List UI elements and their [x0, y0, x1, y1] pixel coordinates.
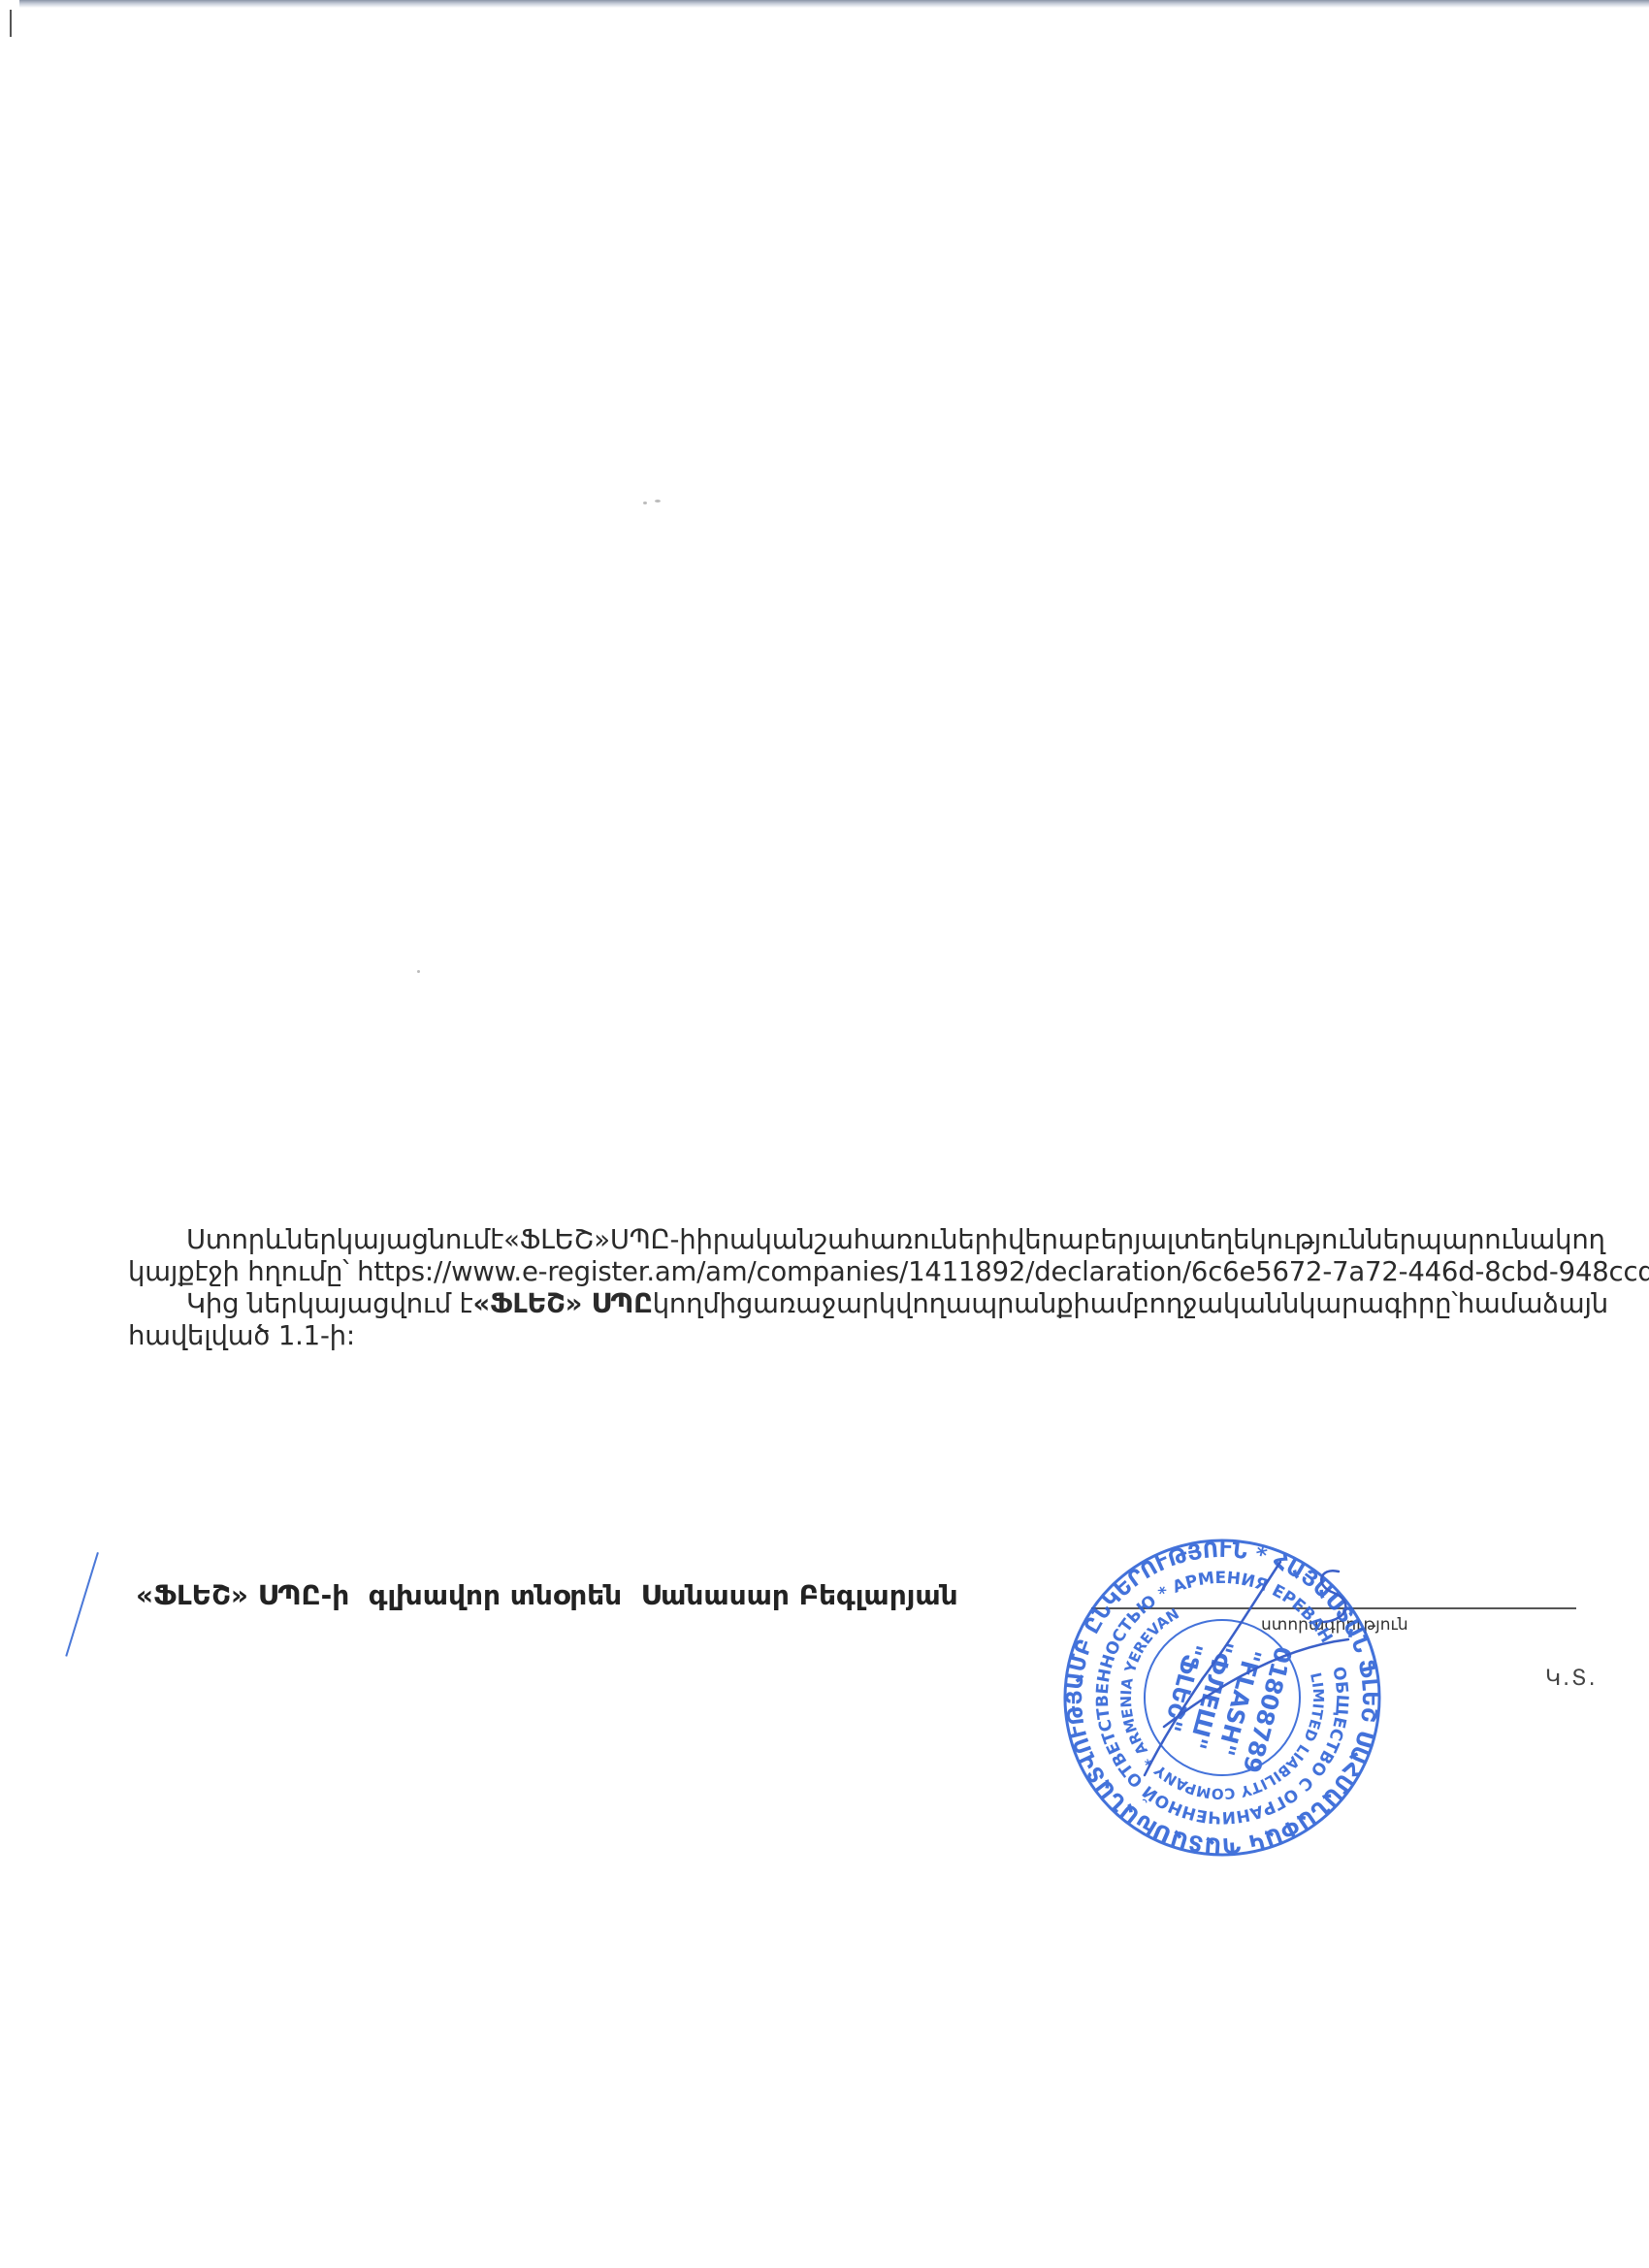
- register-link-text[interactable]: կայքէջի հղումը՝ https://www.e-register.a…: [128, 1256, 1649, 1288]
- seal-place-mark: Կ.Տ.: [1545, 1667, 1598, 1691]
- scan-speck: [655, 500, 661, 502]
- signatory-title: «ՖԼԵՇ» ՍՊԸ-ի գլխավոր տնօրեն Սանասար Բեգլ…: [136, 1579, 958, 1611]
- scan-left-edge: [10, 10, 12, 37]
- word: ներկայացնում: [286, 1224, 490, 1256]
- word: նկարագիրը՝: [1282, 1288, 1458, 1320]
- word: ապրանքի: [946, 1288, 1090, 1320]
- scan-speck: [643, 502, 647, 504]
- paragraph-1-line-1: Ստորև ներկայացնում է «ՖԼԵՇ» ՍՊԸ-ի իրական…: [128, 1224, 1564, 1256]
- attachment-intro: Կից ներկայացվում է: [186, 1288, 472, 1320]
- word: Ստորև: [186, 1224, 286, 1256]
- word: ամբողջական: [1090, 1288, 1282, 1320]
- word: համաձայն: [1458, 1288, 1608, 1320]
- word: պարունակող: [1416, 1224, 1605, 1256]
- word: կողմից: [653, 1288, 753, 1320]
- paragraph-2-line-2: հավելված 1.1-ի:: [128, 1320, 1564, 1352]
- word: վերաբերյալ: [1008, 1224, 1174, 1256]
- word: է: [490, 1224, 503, 1256]
- scan-speck: [417, 970, 420, 973]
- company-stamp: ՖԼԵՇ ՍԱՀՄԱՆԱՓԱԿ ՊԱՏԱՍԽԱՆԱՏՎՈՒԹՅԱՄԲ ԸՆԿԵՐ…: [1057, 1533, 1387, 1863]
- scan-top-edge: [19, 0, 1649, 8]
- word: առաջարկվող: [753, 1288, 946, 1320]
- paragraph-1-line-2: կայքէջի հղումը՝ https://www.e-register.a…: [128, 1256, 1564, 1288]
- word: շահառուների: [815, 1224, 1008, 1256]
- document-body: Ստորև ներկայացնում է «ՖԼԵՇ» ՍՊԸ-ի իրական…: [128, 1224, 1564, 1352]
- paragraph-2-line-1: Կից ներկայացվում է «ՖԼԵՇ» ՍՊԸ կողմից առա…: [128, 1288, 1564, 1320]
- company-name: «ՖԼԵՇ»: [503, 1224, 610, 1256]
- company-name-bold: «ՖԼԵՇ» ՍՊԸ: [472, 1288, 652, 1320]
- pen-stroke: [65, 1552, 99, 1657]
- attachment-reference: հավելված 1.1-ի:: [128, 1320, 355, 1352]
- word: տեղեկություններ: [1174, 1224, 1416, 1256]
- word: իրական: [695, 1224, 814, 1256]
- word: ՍՊԸ-ի: [610, 1224, 696, 1256]
